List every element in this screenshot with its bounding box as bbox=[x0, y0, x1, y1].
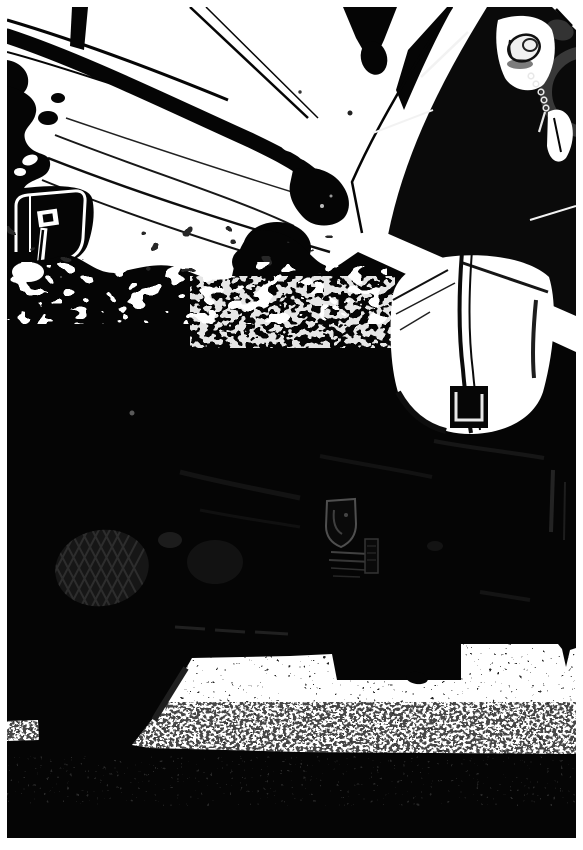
light-patch-left bbox=[12, 262, 44, 282]
margin-bottom bbox=[0, 838, 583, 850]
strip-gap-2 bbox=[14, 168, 26, 176]
rail-slot-3 bbox=[316, 163, 322, 169]
fuel-tank-highlight-group bbox=[391, 250, 554, 434]
truck-underside-photo: Low-angle black-and-white photograph of … bbox=[0, 0, 583, 850]
reflector-strip bbox=[365, 539, 378, 573]
shield-emblem-dot bbox=[344, 513, 348, 517]
photo-page: Low-angle black-and-white photograph of … bbox=[0, 0, 583, 850]
right-column-glint-1 bbox=[551, 470, 553, 532]
panel-stain-1 bbox=[38, 111, 58, 125]
cap-shadow bbox=[507, 59, 533, 69]
shadow-gray-spot bbox=[158, 532, 182, 548]
foliage-reflection-speckle bbox=[190, 276, 395, 348]
right-column-glint-2 bbox=[564, 482, 565, 540]
handle-pinhole-2 bbox=[330, 195, 333, 198]
shadow-spot bbox=[427, 541, 443, 551]
margin-right bbox=[576, 0, 583, 850]
placard-line bbox=[333, 576, 360, 577]
stray-speck bbox=[130, 411, 135, 416]
panel-stain-2 bbox=[51, 93, 65, 103]
panel-speck-1 bbox=[348, 111, 353, 116]
handle-pinhole-1 bbox=[320, 204, 324, 208]
margin-top bbox=[0, 0, 583, 7]
foreground-shadow-texture bbox=[7, 756, 576, 806]
shadow-gray-mass bbox=[187, 540, 243, 584]
panel-speck-2 bbox=[298, 90, 301, 93]
margin-left bbox=[0, 0, 7, 850]
shield-emblem bbox=[326, 499, 356, 547]
photo-area bbox=[6, 7, 583, 843]
bolt-head-center bbox=[42, 213, 53, 222]
